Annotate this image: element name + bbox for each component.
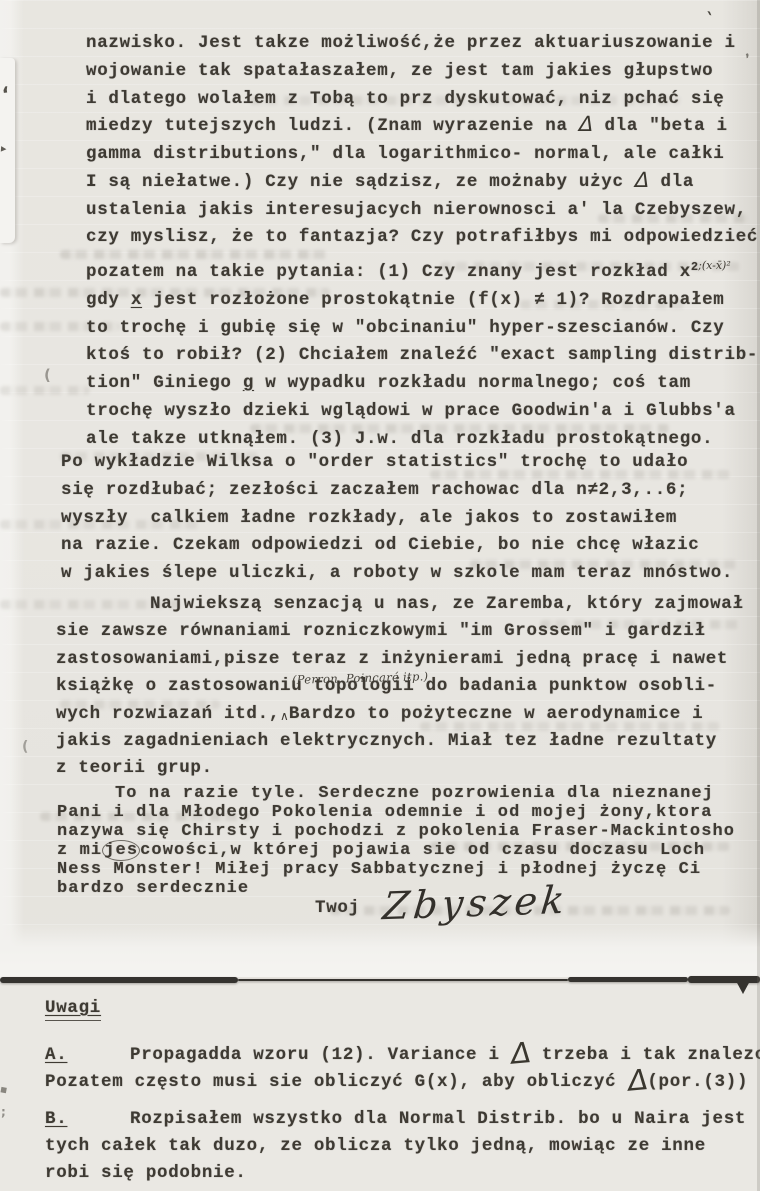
text-segment: nazwisko. Jest takze możliwość,że przez … <box>86 33 736 53</box>
text-segment: jest rozłożone prostokątnie (f(x) ≠ 1)? … <box>142 290 725 310</box>
letter-line: Ness Monster! Miłej pracy Sabbatycznej i… <box>57 860 735 879</box>
letter-line: czy myslisz, że to fantazja? Czy potrafi… <box>86 224 758 252</box>
text-segment: (por.(3)) <box>647 1072 748 1092</box>
fold-seam <box>0 975 760 985</box>
ink-mark: ( <box>22 740 29 754</box>
letter-line: na razie. Czekam odpowiedzi od Ciebie, b… <box>61 532 733 560</box>
letter-line: wych rozwiazań itd.,∧Bardzo to pożyteczn… <box>56 701 744 728</box>
letter-line: pozatem na takie pytania: (1) Czy znany … <box>86 252 758 287</box>
text-segment: miedzy tutejszych ludzi. (Znam wyrazenie… <box>86 116 579 136</box>
letter-line: ktoś to robił? (2) Chciałem znaleźć "exa… <box>86 342 758 370</box>
text-segment: czy myslisz, że to fantazja? Czy potrafi… <box>86 227 758 247</box>
letter-line: B.Rozpisałem wszystko dla Normal Distrib… <box>45 1106 760 1133</box>
text-segment: Δ <box>510 1043 532 1063</box>
letter-line: wojowanie tak spatałaszałem, ze jest tam… <box>86 58 758 86</box>
letter-line: Pani i dla Młodego Pokolenia odemnie i o… <box>57 803 735 822</box>
notes-list: A.Propagadda wzoru (12). Variance i Δ tr… <box>45 1042 760 1187</box>
text-segment: ktoś to robił? (2) Chciałem znaleźć "exa… <box>86 345 758 365</box>
ink-mark: ˋ <box>702 11 716 31</box>
text-segment: z teorii grup. <box>56 758 213 778</box>
text-segment: cowości,w której pojawia sie od czasu do… <box>140 841 705 860</box>
text-segment: x <box>131 290 142 310</box>
letter-line: gamma distributions," dla logarithmico- … <box>86 141 758 169</box>
text-segment: robi się podobnie. <box>45 1163 247 1183</box>
text-segment: na razie. Czekam odpowiedzi od Ciebie, b… <box>61 535 700 555</box>
letter-line: z mijescowości,w której pojawia sie od c… <box>57 841 735 860</box>
ink-mark: ; <box>1 1106 7 1118</box>
text-segment: wojowanie tak spatałaszałem, ze jest tam… <box>86 61 713 81</box>
letter-line: A.Propagadda wzoru (12). Variance i Δ tr… <box>45 1042 760 1069</box>
text-segment: w jakies ślepe uliczki, a roboty w szkol… <box>61 563 733 583</box>
letter-line: w jakies ślepe uliczki, a roboty w szkol… <box>61 560 733 588</box>
letter-closing-paragraph: To na razie tyle. Serdeczne pozrowienia … <box>57 784 735 898</box>
text-segment: jakis zagadnieniach elektrycznych. Miał … <box>56 731 717 751</box>
letter-line: wyszły calkiem ładne rozkłady, ale jakos… <box>61 505 733 533</box>
text-segment: dla <box>649 172 694 192</box>
note-item: A.Propagadda wzoru (12). Variance i Δ tr… <box>45 1042 760 1097</box>
text-segment: tion" Giniego <box>86 373 243 393</box>
text-segment: Pani i dla Młodego Pokolenia odemnie i o… <box>57 803 713 822</box>
text-segment: jes <box>102 840 140 861</box>
letter-paragraph: Najwiekszą senzacją u nas, ze Zaremba, k… <box>56 591 744 783</box>
text-segment: g <box>243 373 254 393</box>
letter-paragraph: nazwisko. Jest takze możliwość,że przez … <box>86 30 758 453</box>
sheet-bottom-band <box>0 924 760 977</box>
closing-label: Twoj <box>315 898 360 918</box>
letter-line: miedzy tutejszych ludzi. (Znam wyrazenie… <box>86 113 758 141</box>
note-item: B.Rozpisałem wszystko dla Normal Distrib… <box>45 1106 760 1188</box>
ink-mark: ( <box>44 368 52 383</box>
text-segment: wych rozwiazań itd., <box>56 704 280 724</box>
letter-line: z teorii grup. <box>56 755 744 782</box>
notes-section: Uwagi A.Propagadda wzoru (12). Variance … <box>45 998 760 1191</box>
text-segment: sie zawsze równaniami rozniczkowymi "im … <box>56 621 706 641</box>
text-segment: i dlatego wolałem z Tobą to prz dyskutow… <box>86 89 725 109</box>
text-segment: ustalenia jakis interesujacych nierownos… <box>86 200 747 220</box>
letter-line: Po wykładzie Wilksa o "order statistics"… <box>61 449 733 477</box>
text-segment: I są niełatwe.) Czy nie sądzisz, ze możn… <box>86 172 635 192</box>
text-segment: Najwiekszą senzacją u nas, ze Zaremba, k… <box>150 594 744 614</box>
text-segment: w wypadku rozkładu normalnego; coś tam <box>254 373 691 393</box>
notes-heading: Uwagi <box>45 998 760 1018</box>
letter-line: Pozatem często musi sie obliczyć G(x), a… <box>45 1069 760 1096</box>
letter-line: sie zawsze równaniami rozniczkowymi "im … <box>56 618 744 645</box>
note-label: B. <box>45 1106 130 1133</box>
notes-heading-label: Uwagi <box>45 998 101 1021</box>
letter-line: tion" Giniego g w wypadku rozkładu norma… <box>86 370 758 398</box>
letter-line: i dlatego wolałem z Tobą to prz dyskutow… <box>86 86 758 114</box>
text-segment: To na razie tyle. Serdeczne pozrowienia … <box>115 784 714 803</box>
signature-handwritten: Zbyszek <box>381 881 570 926</box>
text-segment: nazywa się Chirsty i pochodzi z pokoleni… <box>57 822 735 841</box>
ink-mark: ▸ <box>1 143 8 154</box>
note-label: A. <box>45 1042 130 1069</box>
letter-line: nazwisko. Jest takze możliwość,że przez … <box>86 30 758 58</box>
letter-paragraph: Po wykładzie Wilksa o "order statistics"… <box>61 449 733 588</box>
text-segment: pozatem na takie pytania: (1) Czy znany … <box>86 262 691 282</box>
text-segment: wyszły calkiem ładne rozkłady, ale jakos… <box>61 508 677 528</box>
letter-line: nazywa się Chirsty i pochodzi z pokoleni… <box>57 822 735 841</box>
text-segment: tych całek tak duzo, ze oblicza tylko je… <box>45 1136 706 1156</box>
text-segment: ;(x-x̄)² <box>698 259 731 272</box>
text-segment: Po wykładzie Wilksa o "order statistics"… <box>61 452 688 472</box>
ink-ghost <box>0 386 90 395</box>
text-segment: trochę wyszło dzieki wglądowi w prace Go… <box>86 401 736 421</box>
text-segment: Pozatem często musi sie obliczyć G(x), a… <box>45 1072 628 1092</box>
text-segment: zastosowaniami,pisze teraz z inżynierami… <box>56 649 728 669</box>
letter-line: robi się podobnie. <box>45 1160 760 1187</box>
text-segment: gamma distributions," dla logarithmico- … <box>86 144 725 164</box>
text-segment: ∧ <box>280 709 289 723</box>
letter-line: To na razie tyle. Serdeczne pozrowienia … <box>57 784 735 803</box>
letter-line: trochę wyszło dzieki wglądowi w prace Go… <box>86 398 758 426</box>
text-segment: bardzo serdecznie <box>57 879 249 898</box>
letter-line: się rozdłubać; zezłości zaczałem rachowa… <box>61 477 733 505</box>
letter-line: to trochę i gubię się w "obcinaniu" hype… <box>86 315 758 343</box>
scanned-letter-page: nazwisko. Jest takze możliwość,że przez … <box>0 0 760 1191</box>
text-segment: Δ <box>627 1070 649 1090</box>
text-segment: Bardzo to pożyteczne w aerodynamice i <box>289 704 703 724</box>
text-segment: dla "beta i <box>593 116 727 136</box>
letter-line: ustalenia jakis interesujacych nierownos… <box>86 197 758 225</box>
text-segment: się rozdłubać; zezłości zaczałem rachowa… <box>61 480 688 500</box>
text-segment: Rozpisałem wszystko dla Normal Distrib. … <box>130 1109 746 1129</box>
text-segment: gdy <box>86 290 131 310</box>
text-segment: Propagadda wzoru (12). Variance i <box>130 1045 511 1065</box>
letter-line: Najwiekszą senzacją u nas, ze Zaremba, k… <box>56 591 744 618</box>
letter-line: gdy x jest rozłożone prostokątnie (f(x) … <box>86 287 758 315</box>
text-segment: to trochę i gubię się w "obcinaniu" hype… <box>86 318 725 338</box>
letter-line: I są niełatwe.) Czy nie sądzisz, ze możn… <box>86 169 758 197</box>
letter-line: tych całek tak duzo, ze oblicza tylko je… <box>45 1133 760 1160</box>
text-segment: Ness Monster! Miłej pracy Sabbatycznej i… <box>57 860 701 879</box>
text-segment: ale takze utknąłem. (3) J.w. dla rozkład… <box>86 429 713 449</box>
text-segment: z mi <box>57 841 102 860</box>
letter-line: jakis zagadnieniach elektrycznych. Miał … <box>56 728 744 755</box>
